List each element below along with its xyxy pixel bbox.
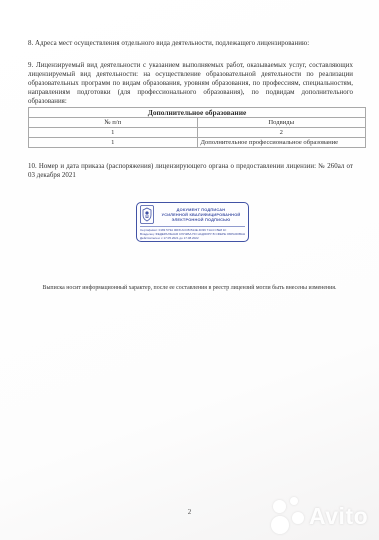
header-cell-number: № п/п bbox=[29, 118, 198, 128]
disclaimer-note: Выписка носит информационный характер, п… bbox=[0, 285, 379, 291]
license-extract-page: 8. Адреса мест осуществления отдельного … bbox=[0, 0, 379, 540]
stamp-validity-line: Действителен: с 17.05.2021 до 17.08.2022 bbox=[140, 236, 245, 240]
stamp-title-line3: ЭЛЕКТРОННОЙ ПОДПИСЬЮ bbox=[157, 217, 245, 222]
row-number-cell: 1 bbox=[29, 138, 198, 148]
stamp-details: Сертификат: 0183 573A 00F8 ACCB B14E 4D3… bbox=[140, 226, 245, 241]
header-cell-subtypes: Подвиды bbox=[197, 118, 366, 128]
page-number: 2 bbox=[0, 508, 379, 516]
avito-watermark-text: Avito bbox=[309, 503, 368, 530]
column-number-cell-1: 1 bbox=[29, 128, 198, 138]
additional-education-table: Дополнительное образование № п/п Подвиды… bbox=[28, 107, 366, 148]
row-subtype-cell: Дополнительное профессиональное образова… bbox=[197, 138, 366, 148]
paragraph-10-order-info: 10. Номер и дата приказа (распоряжения) … bbox=[28, 162, 353, 180]
table-header-row: № п/п Подвиды bbox=[29, 118, 366, 128]
table-column-number-row: 1 2 bbox=[29, 128, 366, 138]
column-number-cell-2: 2 bbox=[197, 128, 366, 138]
electronic-signature-stamp: ДОКУМЕНТ ПОДПИСАН УСИЛЕННОЙ КВАЛИФИЦИРОВ… bbox=[136, 202, 249, 242]
table-title: Дополнительное образование bbox=[29, 108, 366, 118]
avito-logo-icon bbox=[271, 496, 307, 536]
stamp-title: ДОКУМЕНТ ПОДПИСАН УСИЛЕННОЙ КВАЛИФИЦИРОВ… bbox=[157, 207, 245, 222]
table-row: 1 Дополнительное профессиональное образо… bbox=[29, 138, 366, 148]
table-title-row: Дополнительное образование bbox=[29, 108, 366, 118]
rosobrnadzor-emblem-icon bbox=[140, 205, 154, 224]
paragraph-8-addresses: 8. Адреса мест осуществления отдельного … bbox=[28, 39, 353, 48]
avito-watermark: Avito bbox=[271, 495, 375, 537]
paragraph-9-licensed-activity: 9. Лицензируемый вид деятельности с указ… bbox=[28, 61, 353, 106]
stamp-header: ДОКУМЕНТ ПОДПИСАН УСИЛЕННОЙ КВАЛИФИЦИРОВ… bbox=[140, 205, 245, 224]
